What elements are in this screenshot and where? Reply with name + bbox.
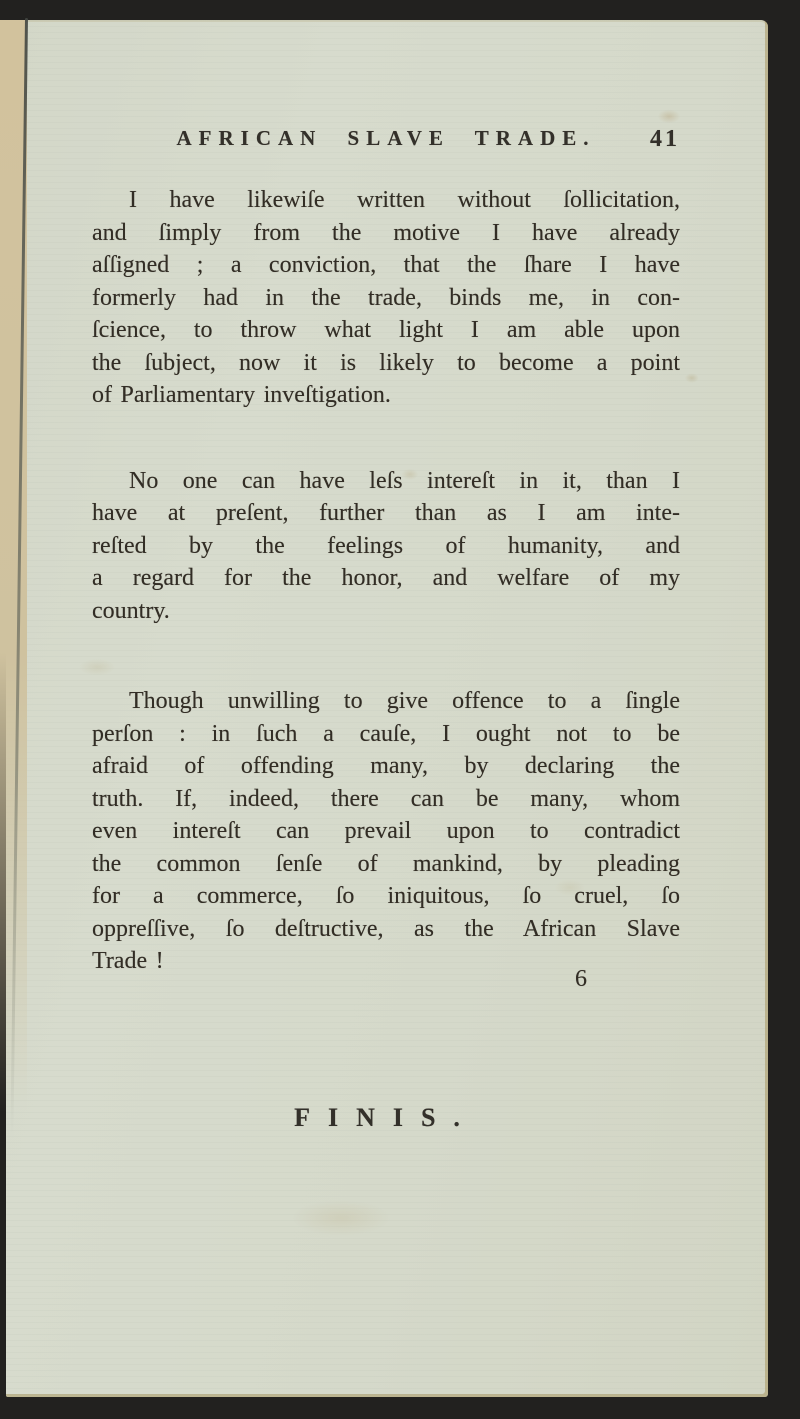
- text-line: afraid of offending many, by declaring t…: [92, 750, 680, 783]
- paragraph: Though unwilling to give offence to a ſi…: [92, 685, 680, 978]
- page-number: 41: [650, 126, 680, 153]
- text-line: I have likewiſe written without ſollicit…: [92, 184, 680, 217]
- text-line: perſon : in ſuch a cauſe, I ought not to…: [92, 718, 680, 751]
- text-line: No one can have leſs intereſt in it, tha…: [92, 465, 680, 498]
- body-text: I have likewiſe written without ſollicit…: [92, 184, 680, 978]
- text-line: Trade !: [92, 945, 680, 978]
- finis-label: FINIS.: [92, 1103, 680, 1133]
- book-page: AFRICAN SLAVE TRADE. 41 I have likewiſe …: [6, 20, 768, 1397]
- text-line: even intereſt can prevail upon to contra…: [92, 815, 680, 848]
- text-line: for a commerce, ſo iniquitous, ſo cruel,…: [92, 880, 680, 913]
- text-line: Though unwilling to give offence to a ſi…: [92, 685, 680, 718]
- text-line: of Parliamentary inveſtigation.: [92, 379, 680, 412]
- text-line: the ſubject, now it is likely to become …: [92, 347, 680, 380]
- text-block: AFRICAN SLAVE TRADE. 41 I have likewiſe …: [92, 20, 680, 1397]
- paragraph: No one can have leſs intereſt in it, tha…: [92, 465, 680, 628]
- paragraph: I have likewiſe written without ſollicit…: [92, 184, 680, 412]
- running-header: AFRICAN SLAVE TRADE. 41: [92, 126, 680, 158]
- text-line: truth. If, indeed, there can be many, wh…: [92, 783, 680, 816]
- text-line: and ſimply from the motive I have alread…: [92, 217, 680, 250]
- text-line: reſted by the feelings of humanity, and: [92, 530, 680, 563]
- text-line: aſſigned ; a conviction, that the ſhare …: [92, 249, 680, 282]
- text-line: country.: [92, 595, 680, 628]
- text-line: a regard for the honor, and welfare of m…: [92, 562, 680, 595]
- text-line: the common ſenſe of mankind, by pleading: [92, 848, 680, 881]
- header-title: AFRICAN SLAVE TRADE.: [176, 126, 595, 150]
- text-line: ſcience, to throw what light I am able u…: [92, 314, 680, 347]
- signature-mark: 6: [575, 966, 587, 993]
- text-line: have at preſent, further than as I am in…: [92, 497, 680, 530]
- text-line: oppreſſive, ſo deſtructive, as the Afric…: [92, 913, 680, 946]
- text-line: formerly had in the trade, binds me, in …: [92, 282, 680, 315]
